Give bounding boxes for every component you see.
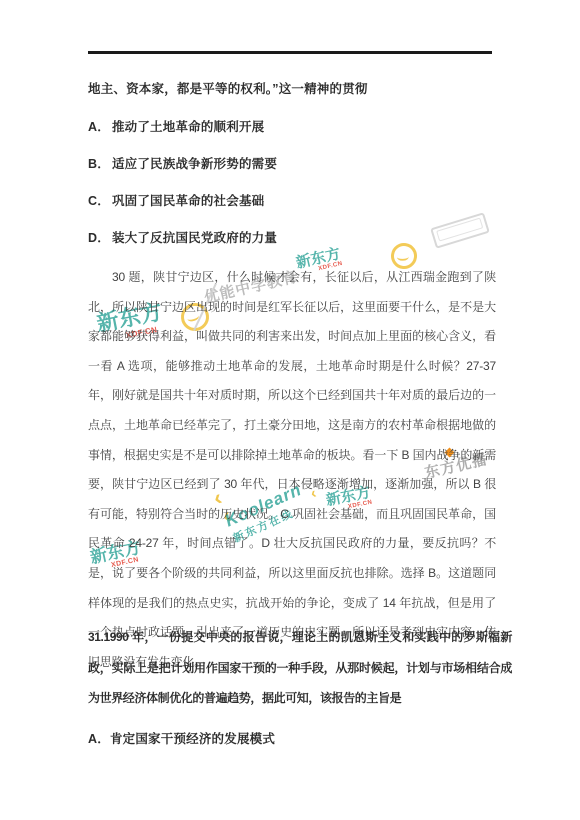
option-label: A． — [88, 732, 110, 746]
q30-analysis-paragraph: 30 题，陕甘宁边区，什么时候才会有，长征以后，从江西瑞金跑到了陕北，所以陕甘宁… — [88, 263, 496, 677]
option-text: 推动了土地革命的顺利开展 — [112, 120, 264, 134]
q30-stem-tail: 地主、资本家，都是平等的权利。”这一精神的贯彻 — [88, 81, 524, 97]
document-page: 新东方 XDF.CN 优能中学教育 新东方 XDF.CN 东方优播 ‹ ‹ Ko… — [0, 0, 580, 820]
option-label: D． — [88, 231, 110, 245]
q30-option-c: C．巩固了国民革命的社会基础 — [88, 193, 524, 209]
option-label: A． — [88, 120, 110, 134]
q30-option-d: D．装大了反抗国民党政府的力量 — [88, 230, 524, 246]
option-text: 适应了民族战争新形势的需要 — [112, 157, 277, 171]
question-30-block: 地主、资本家，都是平等的权利。”这一精神的贯彻 A．推动了土地革命的顺利开展 B… — [88, 81, 524, 267]
q31-option-a: A．肯定国家干预经济的发展模式 — [88, 729, 275, 747]
q31-stem: 31.1990 年，一份提交中央的报告说，理论上的凯恩斯主义和实践中的罗斯福新政… — [88, 622, 512, 714]
section-divider — [88, 51, 492, 54]
option-text: 肯定国家干预经济的发展模式 — [110, 732, 275, 746]
option-label: C． — [88, 194, 110, 208]
option-text: 巩固了国民革命的社会基础 — [112, 194, 264, 208]
option-label: B． — [88, 157, 110, 171]
option-text: 装大了反抗国民党政府的力量 — [112, 231, 277, 245]
q30-option-b: B．适应了民族战争新形势的需要 — [88, 156, 524, 172]
q30-option-a: A．推动了土地革命的顺利开展 — [88, 119, 524, 135]
